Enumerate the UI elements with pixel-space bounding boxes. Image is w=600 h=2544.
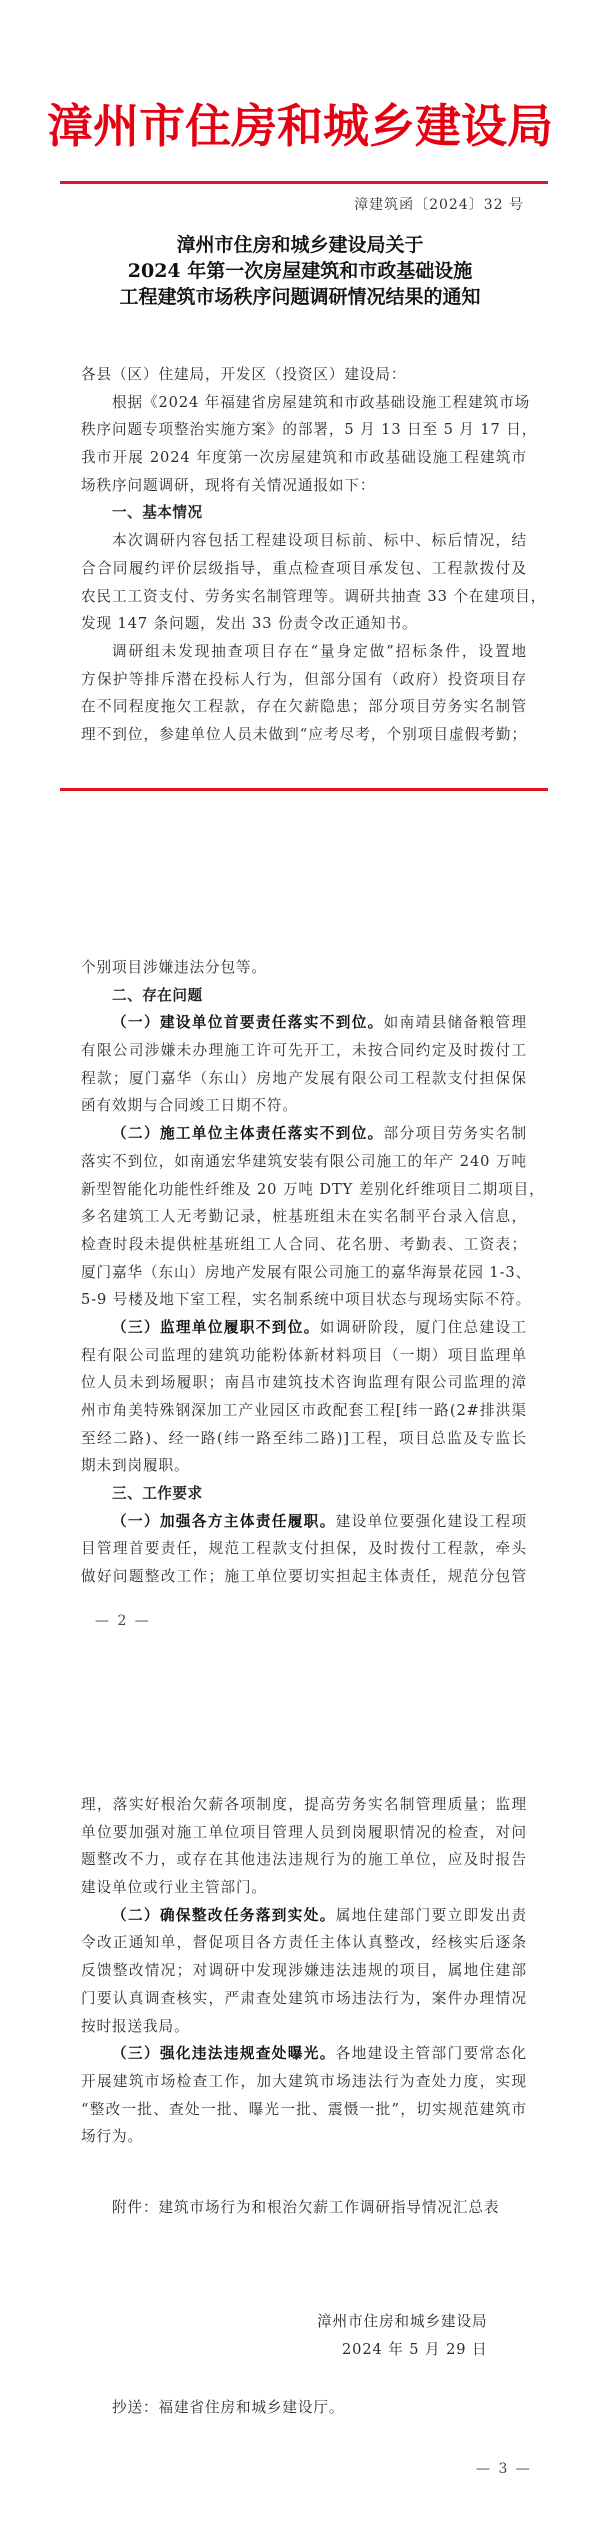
- paragraph-line: 厦门嘉华（东山）房地产发展有限公司施工的嘉华海景花园 1-3、: [81, 1259, 527, 1287]
- section-heading-work-requirements: 三、工作要求: [81, 1480, 527, 1508]
- paragraph-line: 发现 147 条问题，发出 33 份责令改正通知书。: [81, 610, 527, 638]
- paragraph-line: 方保护等排斥潜在投标人行为，但部分国有（政府）投资项目存: [81, 666, 527, 694]
- paragraph-line: 理不到位，参建单位人员未做到“应考尽考，个别项目虚假考勤；: [81, 721, 527, 749]
- page2-body: 个别项目涉嫌违法分包等。 二、存在问题 （一）建设单位首要责任落实不到位。如南靖…: [81, 954, 527, 1591]
- paragraph-line: 多名建筑工人无考勤记录，桩基班组未在实名制平台录入信息，: [81, 1203, 527, 1231]
- paragraph-line: 州市角美特殊钢深加工产业园区市政配套工程[纬一路(2#排洪渠: [81, 1397, 527, 1425]
- issue-1-heading: （一）建设单位首要责任落实不到位。: [112, 1014, 384, 1031]
- page-number-3: — 3 —: [476, 2461, 532, 2477]
- title-line-3: 工程建筑市场秩序问题调研情况结果的通知: [0, 284, 600, 310]
- intro-line: 我市开展 2024 年度第一次房屋建筑和市政基础设施工程建筑市: [81, 444, 527, 472]
- paragraph-line: 本次调研内容包括工程建设项目标前、标中、标后情况，结: [81, 527, 527, 555]
- paragraph-line: “整改一批、查处一批、曝光一批、震慑一批”，切实规范建筑市: [81, 2096, 527, 2124]
- signature-date: 2024 年 5 月 29 日: [342, 2338, 487, 2359]
- paragraph-text: 各地建设主管部门要常态化: [336, 2045, 527, 2062]
- paragraph-text: 部分项目劳务实名制: [384, 1125, 527, 1142]
- page1-body: 各县（区）住建局，开发区（投资区）建设局： 根据《2024 年福建省房屋建筑和市…: [81, 361, 527, 749]
- agency-banner-title: 漳州市住房和城乡建设局: [0, 96, 600, 156]
- signature-organization: 漳州市住房和城乡建设局: [317, 2310, 487, 2331]
- document-number: 漳建筑函〔2024〕32 号: [354, 194, 524, 214]
- paragraph-line: 落实不到位，如南通宏华建筑安装有限公司施工的年产 240 万吨: [81, 1148, 527, 1176]
- paragraph-line: 建设单位或行业主管部门。: [81, 1874, 527, 1902]
- paragraph-line: 门要认真调查核实，严肃查处建筑市场违法行为，案件办理情况: [81, 1985, 527, 2013]
- paragraph-line: 单位要加强对施工单位项目管理人员到岗履职情况的检查，对问: [81, 1819, 527, 1847]
- paragraph-line: 新型智能化功能性纤维及 20 万吨 DTY 差别化纤维项目二期项目，: [81, 1176, 527, 1204]
- paragraph-line: 函有效期与合同竣工日期不符。: [81, 1092, 527, 1120]
- paragraph-line: 目管理首要责任，规范工程款支付担保，及时拨付工程款，牵头: [81, 1535, 527, 1563]
- intro-line: 根据《2024 年福建省房屋建筑和市政基础设施工程建筑市场: [81, 389, 527, 417]
- page-number-2: — 2 —: [95, 1613, 151, 1629]
- paragraph-line: 期未到岗履职。: [81, 1452, 527, 1480]
- paragraph-line: 调研组未发现抽查项目存在“量身定做”招标条件，设置地: [81, 638, 527, 666]
- req-2-lead-line: （二）确保整改任务落到实处。属地住建部门要立即发出责: [81, 1902, 527, 1930]
- paragraph-line: 理，落实好根治欠薪各项制度，提高劳务实名制管理质量；监理: [81, 1791, 527, 1819]
- req-1-lead-line: （一）加强各方主体责任履职。建设单位要强化建设工程项: [81, 1508, 527, 1536]
- paragraph-text: 建设单位要强化建设工程项: [336, 1513, 527, 1530]
- req-3-lead-line: （三）强化违法违规查处曝光。各地建设主管部门要常态化: [81, 2040, 527, 2068]
- intro-line: 秩序问题专项整治实施方案》的部署，5 月 13 日至 5 月 17 日，: [81, 416, 527, 444]
- section-heading-basic-situation: 一、基本情况: [81, 499, 527, 527]
- issue-2-lead-line: （二）施工单位主体责任落实不到位。部分项目劳务实名制: [81, 1120, 527, 1148]
- req-3-heading: （三）强化违法违规查处曝光。: [112, 2045, 336, 2062]
- req-1-heading: （一）加强各方主体责任履职。: [112, 1513, 336, 1530]
- issue-3-lead-line: （三）监理单位履职不到位。如调研阶段，厦门住总建设工: [81, 1314, 527, 1342]
- paragraph-line: 做好问题整改工作；施工单位要切实担起主体责任，规范分包管: [81, 1563, 527, 1591]
- paragraph-line: 个别项目涉嫌违法分包等。: [81, 954, 527, 982]
- cc-recipients: 抄送：福建省住房和城乡建设厅。: [112, 2396, 344, 2417]
- paragraph-line: 程款；厦门嘉华（东山）房地产发展有限公司工程款支付担保保: [81, 1065, 527, 1093]
- red-divider-top: [60, 181, 548, 184]
- section-heading-existing-problems: 二、存在问题: [81, 982, 527, 1010]
- paragraph-line: 按时报送我局。: [81, 2013, 527, 2041]
- paragraph-line: 农民工工资支付、劳务实名制管理等。调研共抽查 33 个在建项目，: [81, 583, 527, 611]
- paragraph-line: 5-9 号楼及地下室工程，实名制系统中项目状态与现场实际不符。: [81, 1286, 527, 1314]
- paragraph-line: 检查时段未提供桩基班组工人合同、花名册、考勤表、工资表；: [81, 1231, 527, 1259]
- page3-body: 理，落实好根治欠薪各项制度，提高劳务实名制管理质量；监理 单位要加强对施工单位项…: [81, 1791, 527, 2151]
- req-2-heading: （二）确保整改任务落到实处。: [112, 1907, 336, 1924]
- paragraph-text: 如南靖县储备粮管理: [384, 1014, 527, 1031]
- paragraph-line: 至经二路)、经一路(纬一路至纬二路)]工程，项目总监及专监长: [81, 1425, 527, 1453]
- paragraph-line: 有限公司涉嫌未办理施工许可先开工，未按合同约定及时拨付工: [81, 1037, 527, 1065]
- issue-2-heading: （二）施工单位主体责任落实不到位。: [112, 1125, 384, 1142]
- paragraph-line: 在不同程度拖欠工程款，存在欠薪隐患；部分项目劳务实名制管: [81, 693, 527, 721]
- document-title: 漳州市住房和城乡建设局关于 2024 年第一次房屋建筑和市政基础设施 工程建筑市…: [0, 232, 600, 310]
- red-divider-bottom: [60, 788, 548, 791]
- paragraph-line: 题整改不力，或存在其他违法违规行为的施工单位，应及时报告: [81, 1846, 527, 1874]
- paragraph-line: 程有限公司监理的建筑功能粉体新材料项目（一期）项目监理单: [81, 1342, 527, 1370]
- paragraph-line: 位人员未到场履职；南昌市建筑技术咨询监理有限公司监理的漳: [81, 1369, 527, 1397]
- title-line-1: 漳州市住房和城乡建设局关于: [0, 232, 600, 258]
- paragraph-line: 合合同履约评价层级指导，重点检查项目承发包、工程款拨付及: [81, 555, 527, 583]
- title-line-2: 2024 年第一次房屋建筑和市政基础设施: [0, 258, 600, 284]
- paragraph-text: 如调研阶段，厦门住总建设工: [320, 1319, 527, 1336]
- attachment-note: 附件：建筑市场行为和根治欠薪工作调研指导情况汇总表: [112, 2196, 499, 2217]
- issue-3-heading: （三）监理单位履职不到位。: [112, 1319, 320, 1336]
- issue-1-lead-line: （一）建设单位首要责任落实不到位。如南靖县储备粮管理: [81, 1009, 527, 1037]
- intro-line: 场秩序问题调研，现将有关情况通报如下：: [81, 472, 527, 500]
- paragraph-line: 开展建筑市场检查工作，加大建筑市场违法行为查处力度，实现: [81, 2068, 527, 2096]
- paragraph-line: 令改正通知单，督促项目各方责任主体认真整改，经核实后逐条: [81, 1929, 527, 1957]
- paragraph-line: 反馈整改情况；对调研中发现涉嫌违法违规的项目，属地住建部: [81, 1957, 527, 1985]
- addressee: 各县（区）住建局，开发区（投资区）建设局：: [81, 361, 527, 389]
- paragraph-text: 属地住建部门要立即发出责: [336, 1907, 527, 1924]
- paragraph-line: 场行为。: [81, 2123, 527, 2151]
